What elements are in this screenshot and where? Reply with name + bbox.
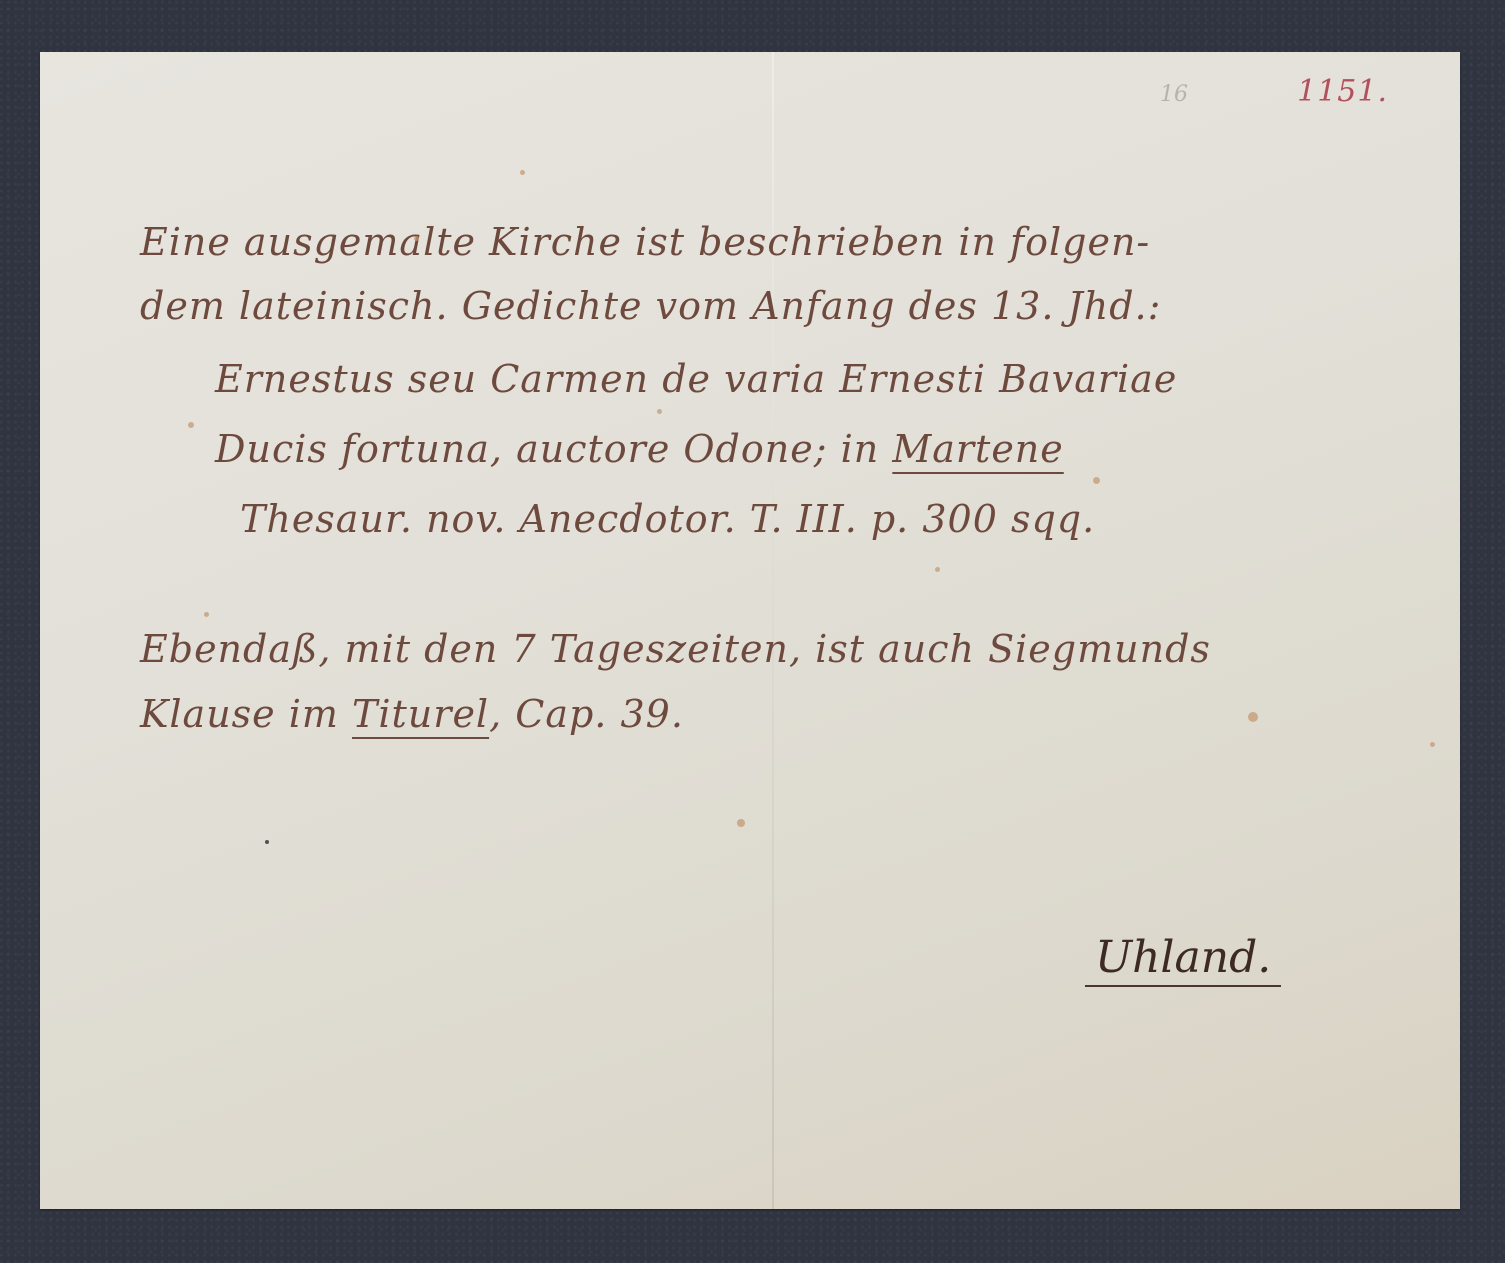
foxing-spot xyxy=(204,612,209,617)
foxing-spot xyxy=(414,236,419,241)
text-line-4: Ducis fortuna, auctore Odone; in Martene xyxy=(215,427,1064,471)
text-line-7-start: Klause im xyxy=(140,692,339,736)
text-line-5: Thesaur. nov. Anecdotor. T. III. p. 300 … xyxy=(240,497,1095,541)
text-line-6: Ebendaß, mit den 7 Tageszeiten, ist auch… xyxy=(140,627,1211,671)
foxing-spot xyxy=(520,170,525,175)
foxing-spot xyxy=(737,819,745,827)
underlined-martene: Martene xyxy=(892,427,1063,471)
foxing-spot xyxy=(1093,477,1100,484)
pencil-note: 16 xyxy=(1160,82,1188,107)
foxing-spot xyxy=(1430,742,1435,747)
text-line-7-end: , Cap. 39. xyxy=(489,692,684,736)
text-line-4-main: Ducis fortuna, auctore Odone; in xyxy=(215,427,879,471)
folio-number: 1151. xyxy=(1297,74,1388,109)
text-line-1: Eine ausgemalte Kirche ist beschrieben i… xyxy=(140,220,1150,264)
text-line-7: Klause im Titurel, Cap. 39. xyxy=(140,692,684,736)
ink-dot xyxy=(265,840,269,844)
underlined-titurel: Titurel xyxy=(352,692,489,736)
text-line-2: dem lateinisch. Gedichte vom Anfang des … xyxy=(140,284,1161,328)
foxing-spot xyxy=(188,422,194,428)
foxing-spot xyxy=(1248,712,1258,722)
foxing-spot xyxy=(657,409,662,414)
text-line-3: Ernestus seu Carmen de varia Ernesti Bav… xyxy=(215,357,1177,401)
manuscript-sheet: 16 1151. Eine ausgemalte Kirche ist besc… xyxy=(40,52,1460,1209)
signature: Uhland. xyxy=(1085,932,1281,987)
foxing-spot xyxy=(935,567,940,572)
